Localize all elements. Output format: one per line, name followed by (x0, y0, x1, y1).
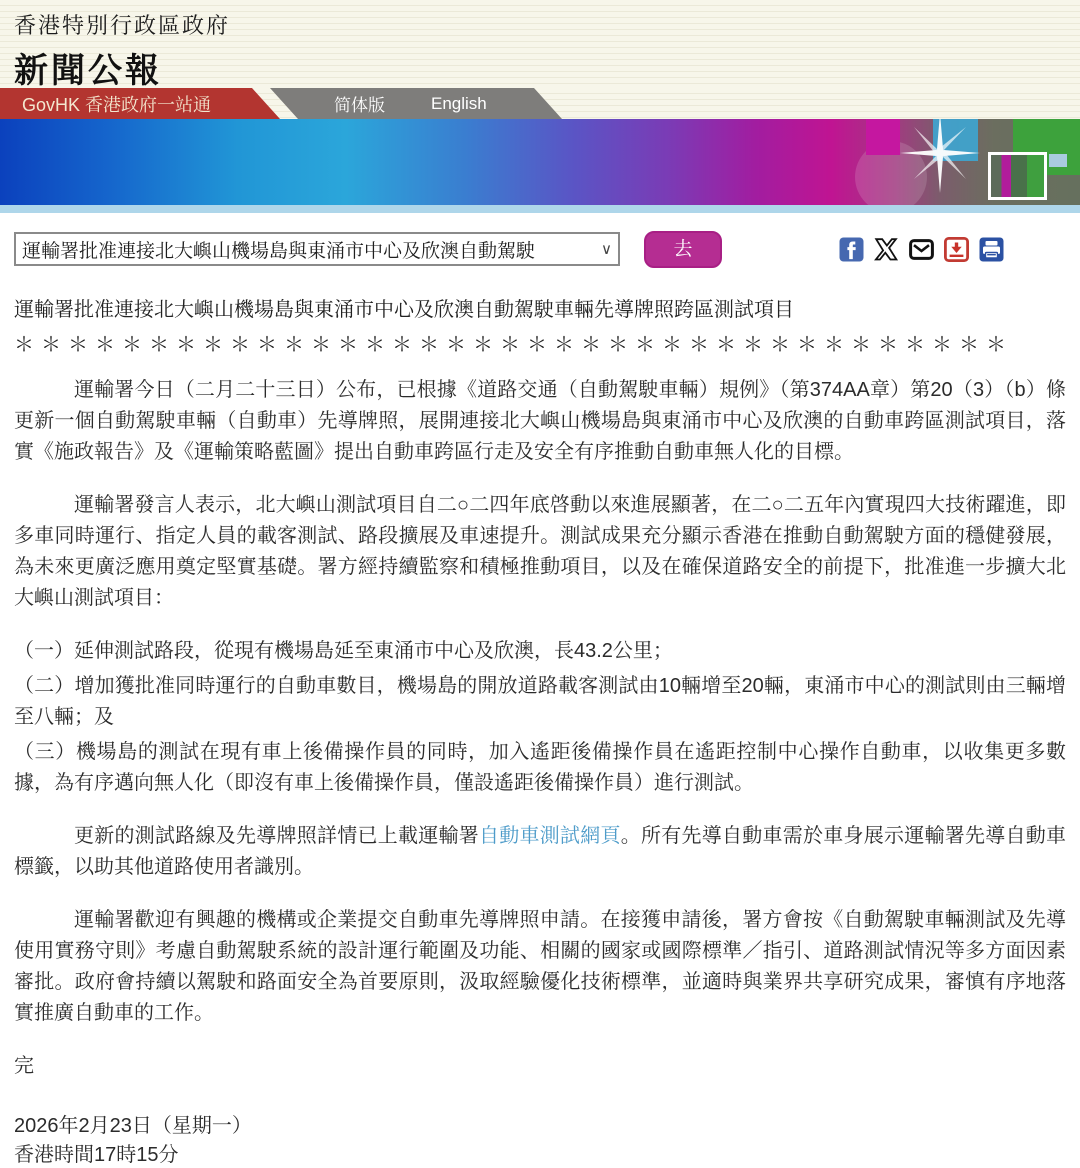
banner-white-frame (988, 152, 1047, 200)
measure-list: （一）延伸測試路段，從現有機場島延至東涌市中心及欣澳，長43.2公里； （二）增… (14, 636, 1066, 799)
av-test-webpage-link[interactable]: 自動車測試網頁 (479, 825, 621, 847)
print-icon[interactable] (979, 237, 1004, 262)
list-item-2: （二）增加獲批准同時運行的自動車數目，機場島的開放道路載客測試由10輛增至20輛… (14, 671, 1066, 733)
banner-small-square (1049, 154, 1067, 167)
banner-image (0, 119, 1080, 205)
toolbar: 運輸署批准連接北大嶼山機場島與東涌市中心及欣澳自動駕駛 ∨ 去 (14, 231, 1066, 267)
list-item-1: （一）延伸測試路段，從現有機場島延至東涌市中心及欣澳，長43.2公里； (14, 636, 1066, 667)
nav-govhk-link[interactable]: GovHK 香港政府一站通 (0, 88, 280, 119)
facebook-icon[interactable] (839, 237, 864, 262)
paragraph-3-before: 更新的測試路線及先導牌照詳情已上載運輸署 (74, 825, 479, 847)
article-title: 運輸署批准連接北大嶼山機場島與東涌市中心及欣澳自動駕駛車輛先導牌照跨區測試項目 (14, 293, 1066, 322)
masthead: 香港特別行政區政府 新聞公報 (0, 0, 1080, 88)
article-content: 運輸署批准連接北大嶼山機場島與東涌市中心及欣澳自動駕駛 ∨ 去 (0, 213, 1080, 1168)
paragraph-2: 運輸署發言人表示，北大嶼山測試項目自二○二四年底啓動以來進展顯著，在二○二五年內… (14, 490, 1066, 614)
go-button[interactable]: 去 (644, 231, 722, 268)
page-title: 新聞公報 (14, 43, 1080, 92)
paragraph-1: 運輸署今日（二月二十三日）公布，已根據《道路交通（自動駕駛車輛）規例》（第374… (14, 375, 1066, 468)
top-navbar: GovHK 香港政府一站通 简体版 English (0, 88, 1080, 119)
govhk-label: GovHK 香港政府一站通 (22, 91, 211, 117)
nav-english-link[interactable]: English (431, 94, 487, 114)
list-item-3: （三）機場島的測試在現有車上後備操作員的同時，加入遙距後備操作員在遙距控制中心操… (14, 737, 1066, 799)
release-time: 香港時間17時15分 (14, 1141, 1066, 1168)
paragraph-4: 運輸署歡迎有興趣的機構或企業提交自動車先導牌照申請。在接獲申請後，署方會按《自動… (14, 905, 1066, 1029)
banner-magenta-block (866, 119, 900, 155)
share-icons (839, 237, 1004, 262)
news-select-value: 運輸署批准連接北大嶼山機場島與東涌市中心及欣澳自動駕駛 (22, 236, 535, 263)
nav-simplified-link[interactable]: 简体版 (334, 91, 385, 116)
news-select[interactable]: 運輸署批准連接北大嶼山機場島與東涌市中心及欣澳自動駕駛 ∨ (14, 232, 620, 266)
paragraph-3: 更新的測試路線及先導牌照詳情已上載運輸署自動車測試網頁。所有先導自動車需於車身展… (14, 821, 1066, 883)
email-icon[interactable] (909, 237, 934, 262)
save-icon[interactable] (944, 237, 969, 262)
government-name: 香港特別行政區政府 (14, 9, 1080, 40)
nav-language-bar: 简体版 English (270, 88, 562, 119)
release-date: 2026年2月23日（星期一） (14, 1112, 1066, 1141)
asterisk-separator: ＊＊＊＊＊＊＊＊＊＊＊＊＊＊＊＊＊＊＊＊＊＊＊＊＊＊＊＊＊＊＊＊＊＊＊＊＊ (14, 328, 1066, 357)
banner-bottom-strip (0, 205, 1080, 213)
chevron-down-icon: ∨ (601, 240, 612, 258)
sparkle-icon (898, 119, 982, 195)
x-icon[interactable] (874, 237, 899, 262)
end-mark: 完 (14, 1051, 1066, 1082)
press-release-page: 香港特別行政區政府 新聞公報 GovHK 香港政府一站通 简体版 English (0, 0, 1080, 1168)
